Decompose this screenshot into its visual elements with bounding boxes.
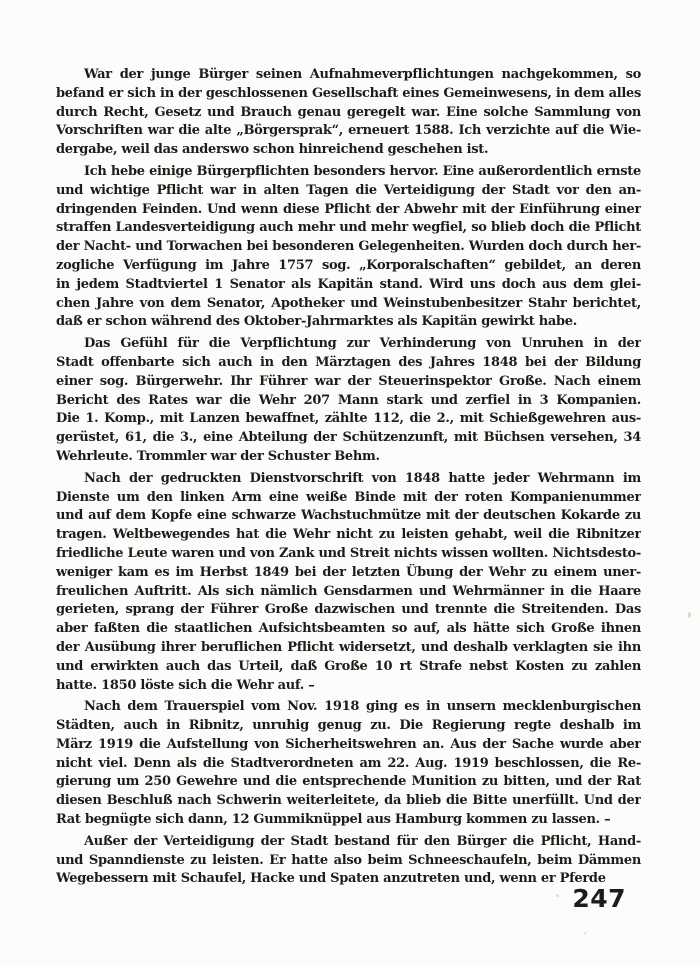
text-line: zogliche Verfügung im Jahre 1757 sog. „K… <box>56 257 641 276</box>
paragraph: Ich hebe einige Bürgerpflichten besonder… <box>56 163 641 332</box>
text-line: dringenden Feinden. Und wenn diese Pflic… <box>56 201 641 220</box>
book-page: War der junge Bürger seinen Aufnahmeverp… <box>0 0 700 966</box>
text-line: diesen Beschluß nach Schwerin weiterleit… <box>56 792 641 811</box>
text-line: gerüstet, 61, die 3., eine Abteilung der… <box>56 429 641 448</box>
text-line: Bericht des Rates war die Wehr 207 Mann … <box>56 392 641 411</box>
text-line: in jedem Stadtviertel 1 Senator als Kapi… <box>56 276 641 295</box>
text-line: und Spanndienste zu leisten. Er hatte al… <box>56 852 641 871</box>
text-line: Nach der gedruckten Dienstvorschrift von… <box>56 470 641 489</box>
text-line: dergabe, weil das anderswo schon hinreic… <box>56 141 641 160</box>
text-line: und erwirkten auch das Urteil, daß Große… <box>56 658 641 677</box>
text-line: Das Gefühl für die Verpflichtung zur Ver… <box>56 335 641 354</box>
text-line: aber faßten die staatlichen Aufsichtsbea… <box>56 620 641 639</box>
text-line: Vorschriften war die alte „Börgersprak“,… <box>56 122 641 141</box>
page-number: 247 <box>572 884 626 913</box>
paragraph: Außer der Verteidigung der Stadt bestand… <box>56 833 641 889</box>
text-line: daß er schon während des Oktober-Jahrmar… <box>56 313 641 332</box>
text-line: Rat begnügte sich dann, 12 Gummiknüppel … <box>56 811 641 830</box>
text-line: Die 1. Komp., mit Lanzen bewaffnet, zähl… <box>56 410 641 429</box>
text-line: weniger kam es im Herbst 1849 bei der le… <box>56 564 641 583</box>
text-line: der Nacht- und Torwachen bei besonderen … <box>56 238 641 257</box>
text-line: Ich hebe einige Bürgerpflichten besonder… <box>56 163 641 182</box>
text-line: Außer der Verteidigung der Stadt bestand… <box>56 833 641 852</box>
scan-speck <box>688 612 691 618</box>
text-line: Stadt offenbarte sich auch in den Märzta… <box>56 354 641 373</box>
text-line: gerieten, sprang der Führer Große dazwis… <box>56 601 641 620</box>
text-line: hatte. 1850 löste sich die Wehr auf. – <box>56 677 641 696</box>
text-line: Dienste um den linken Arm eine weiße Bin… <box>56 489 641 508</box>
text-line: straffen Landesverteidigung auch mehr un… <box>56 219 641 238</box>
text-line: durch Recht, Gesetz und Brauch genau ger… <box>56 104 641 123</box>
paragraph: Nach der gedruckten Dienstvorschrift von… <box>56 470 641 696</box>
text-line: gierung um 250 Gewehre und die entsprech… <box>56 773 641 792</box>
paragraph: Das Gefühl für die Verpflichtung zur Ver… <box>56 335 641 467</box>
text-line: Nach dem Trauerspiel vom Nov. 1918 ging … <box>56 698 641 717</box>
text-line: der Ausübung ihrer beruflichen Pflicht w… <box>56 639 641 658</box>
text-line: und wichtige Pflicht war in alten Tagen … <box>56 182 641 201</box>
scan-speck <box>556 894 559 897</box>
text-line: befand er sich in der geschlossenen Gese… <box>56 85 641 104</box>
text-line: einer sog. Bürgerwehr. Ihr Führer war de… <box>56 373 641 392</box>
text-line: Wegebessern mit Schaufel, Hacke und Spat… <box>56 870 641 889</box>
text-line: März 1919 die Aufstellung von Sicherheit… <box>56 736 641 755</box>
scan-speck <box>584 932 586 935</box>
text-line: freulichen Auftritt. Als sich nämlich Ge… <box>56 583 641 602</box>
text-line: nicht viel. Denn als die Stadtverordnete… <box>56 755 641 774</box>
text-line: Wehrleute. Trommler war der Schuster Beh… <box>56 448 641 467</box>
text-line: Städten, auch in Ribnitz, unruhig genug … <box>56 717 641 736</box>
text-line: friedliche Leute waren und von Zank und … <box>56 545 641 564</box>
text-line: und auf dem Kopfe eine schwarze Wachstuc… <box>56 507 641 526</box>
text-line: War der junge Bürger seinen Aufnahmeverp… <box>56 66 641 85</box>
paragraph: Nach dem Trauerspiel vom Nov. 1918 ging … <box>56 698 641 830</box>
text-block: War der junge Bürger seinen Aufnahmeverp… <box>56 66 641 892</box>
paragraph: War der junge Bürger seinen Aufnahmeverp… <box>56 66 641 160</box>
text-line: chen Jahre von dem Senator, Apotheker un… <box>56 295 641 314</box>
text-line: tragen. Weltbewegendes hat die Wehr nich… <box>56 526 641 545</box>
